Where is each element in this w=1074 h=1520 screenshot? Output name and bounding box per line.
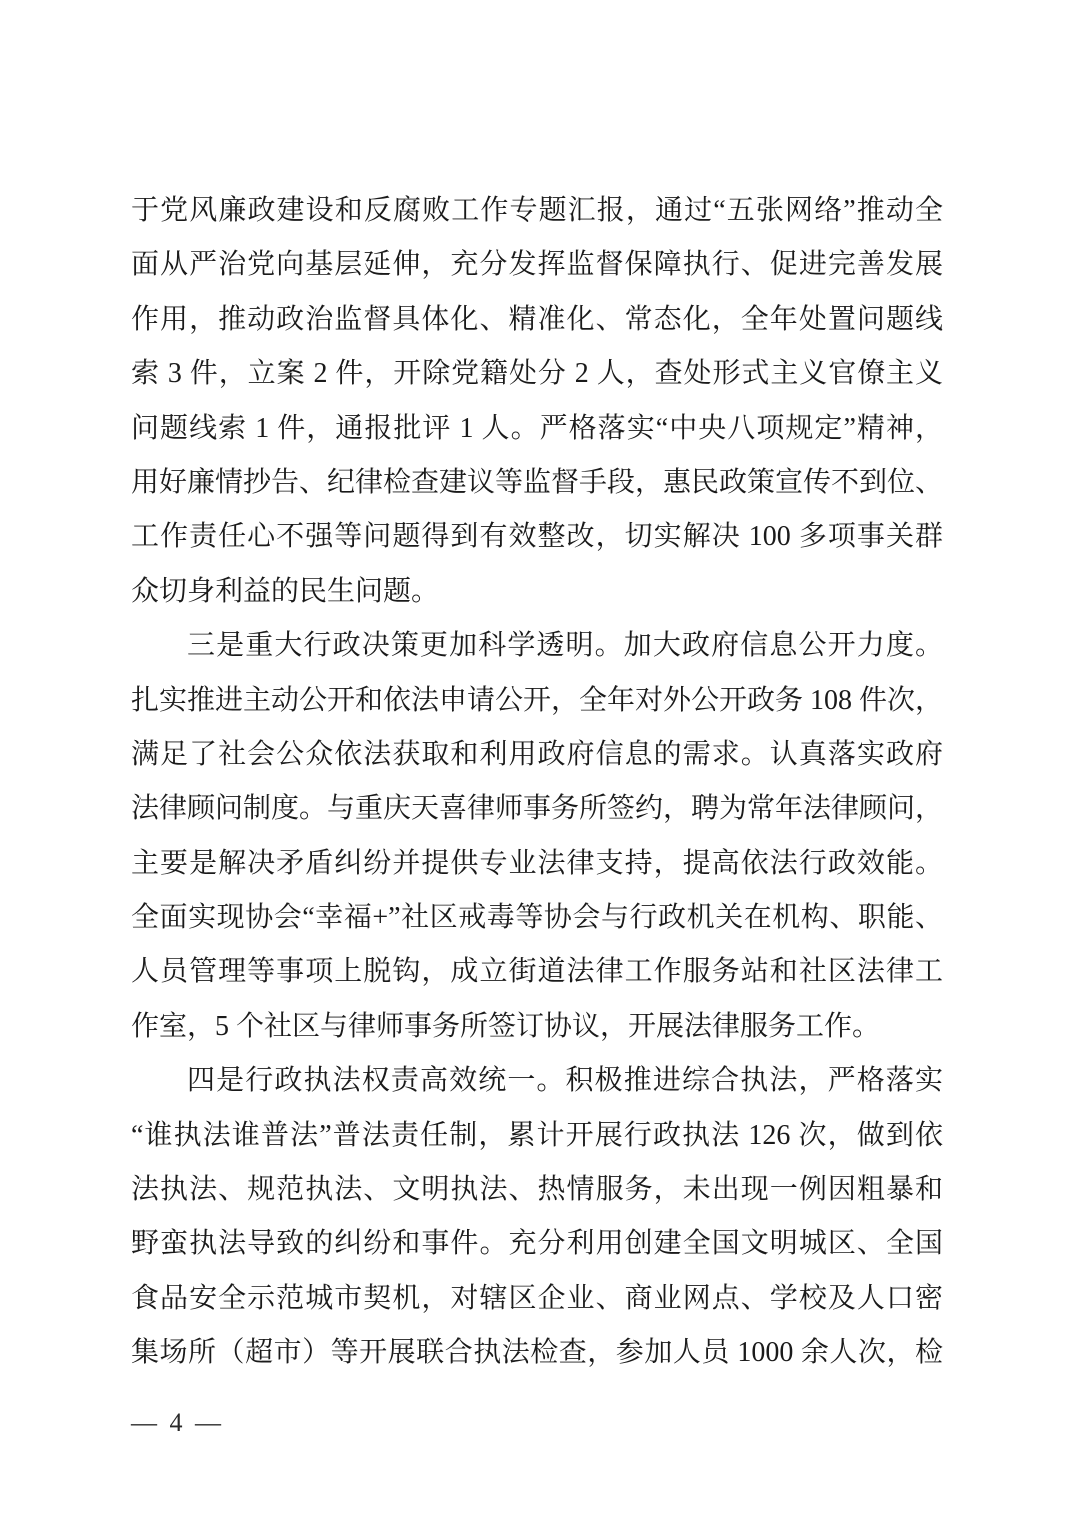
- text-line: 于党风廉政建设和反腐败工作专题汇报，通过“五张网络”推动全: [131, 184, 943, 238]
- text-line: 满足了社会公众依法获取和利用政府信息的需求。认真落实政府: [131, 728, 943, 782]
- text-line: 用好廉情抄告、纪律检查建议等监督手段，惠民政策宣传不到位、: [131, 456, 943, 510]
- text-line: 三是重大行政决策更加科学透明。加大政府信息公开力度。: [131, 619, 943, 673]
- text-line: 主要是解决矛盾纠纷并提供专业法律支持，提高依法行政效能。: [131, 837, 943, 891]
- text-line: 野蛮执法导致的纠纷和事件。充分利用创建全国文明城区、全国: [131, 1217, 943, 1271]
- page-number: — 4 —: [131, 1408, 224, 1437]
- page-footer: — 4 —: [131, 1408, 224, 1438]
- text-line: 众切身利益的民生问题。: [131, 565, 943, 619]
- text-line: 四是行政执法权责高效统一。积极推进综合执法，严格落实: [131, 1054, 943, 1108]
- text-line: “谁执法谁普法”普法责任制，累计开展行政执法 126 次，做到依: [131, 1109, 943, 1163]
- text-line: 法律顾问制度。与重庆天喜律师事务所签约，聘为常年法律顾问，: [131, 782, 943, 836]
- text-line: 作室，5 个社区与律师事务所签订协议，开展法律服务工作。: [131, 1000, 943, 1054]
- text-line: 集场所（超市）等开展联合执法检查，参加人员 1000 余人次，检: [131, 1326, 943, 1380]
- text-line: 食品安全示范城市契机，对辖区企业、商业网点、学校及人口密: [131, 1272, 943, 1326]
- text-line: 法执法、规范执法、文明执法、热情服务，未出现一例因粗暴和: [131, 1163, 943, 1217]
- text-line: 问题线索 1 件，通报批评 1 人。严格落实“中央八项规定”精神，: [131, 402, 943, 456]
- page-body-text: 于党风廉政建设和反腐败工作专题汇报，通过“五张网络”推动全 面从严治党向基层延伸…: [131, 184, 943, 1381]
- text-line: 扎实推进主动公开和依法申请公开，全年对外公开政务 108 件次，: [131, 674, 943, 728]
- text-line: 索 3 件，立案 2 件，开除党籍处分 2 人，查处形式主义官僚主义: [131, 347, 943, 401]
- text-line: 作用，推动政治监督具体化、精准化、常态化，全年处置问题线: [131, 293, 943, 347]
- text-line: 全面实现协会“幸福+”社区戒毒等协会与行政机关在机构、职能、: [131, 891, 943, 945]
- text-line: 工作责任心不强等问题得到有效整改，切实解决 100 多项事关群: [131, 510, 943, 564]
- document-page: 于党风廉政建设和反腐败工作专题汇报，通过“五张网络”推动全 面从严治党向基层延伸…: [0, 0, 1074, 1520]
- text-line: 面从严治党向基层延伸，充分发挥监督保障执行、促进完善发展: [131, 238, 943, 292]
- text-line: 人员管理等事项上脱钩，成立街道法律工作服务站和社区法律工: [131, 945, 943, 999]
